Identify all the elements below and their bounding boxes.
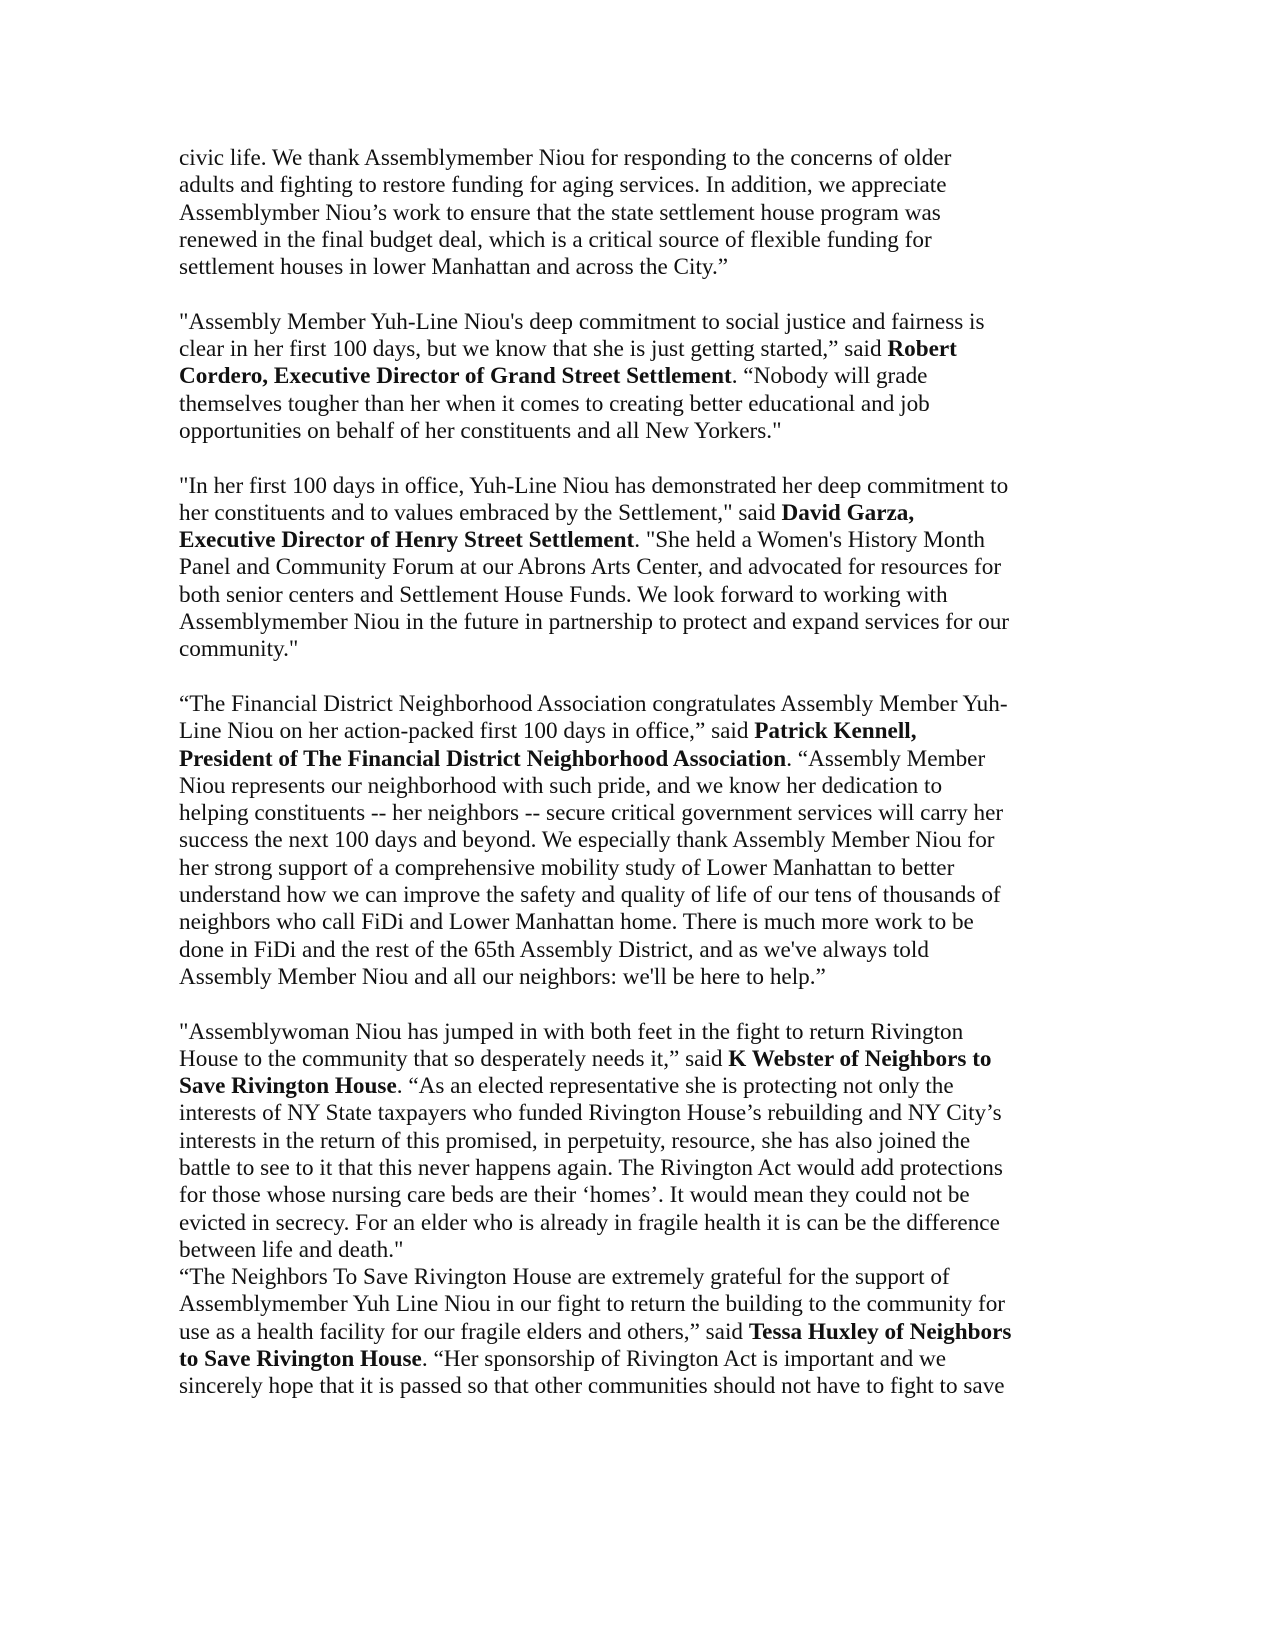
paragraph-gap	[179, 281, 1049, 308]
text-run: settlement houses in lower Manhattan and…	[179, 254, 728, 280]
bold-attribution: President of The Financial District Neig…	[179, 746, 786, 772]
text-run: "Assemblywoman Niou has jumped in with b…	[179, 1019, 963, 1045]
text-line: helping constituents -- her neighbors --…	[179, 800, 1049, 827]
text-run: use as a health facility for our fragile…	[179, 1319, 749, 1345]
text-run: adults and fighting to restore funding f…	[179, 172, 947, 198]
text-line: community."	[179, 636, 1049, 663]
text-line: done in FiDi and the rest of the 65th As…	[179, 937, 1049, 964]
text-run: renewed in the final budget deal, which …	[179, 227, 932, 253]
text-line: Assemblymember Niou in the future in par…	[179, 609, 1049, 636]
text-run: Niou represents our neighborhood with su…	[179, 773, 942, 799]
text-run: helping constituents -- her neighbors --…	[179, 800, 1003, 826]
text-run: done in FiDi and the rest of the 65th As…	[179, 937, 929, 963]
text-line: "Assemblywoman Niou has jumped in with b…	[179, 1019, 1049, 1046]
text-run: clear in her first 100 days, but we know…	[179, 336, 887, 362]
text-line: "In her first 100 days in office, Yuh-Li…	[179, 473, 1049, 500]
text-line: for those whose nursing care beds are th…	[179, 1182, 1049, 1209]
text-run: success the next 100 days and beyond. We…	[179, 827, 995, 853]
text-line: civic life. We thank Assemblymember Niou…	[179, 145, 1049, 172]
text-line: settlement houses in lower Manhattan and…	[179, 254, 1049, 281]
bold-attribution: Save Rivington House	[179, 1073, 397, 1099]
paragraph-grand-street-quote: "Assembly Member Yuh-Line Niou's deep co…	[179, 309, 1049, 445]
text-line: adults and fighting to restore funding f…	[179, 172, 1049, 199]
text-line: Save Rivington House. “As an elected rep…	[179, 1073, 1049, 1100]
text-run: for those whose nursing care beds are th…	[179, 1182, 970, 1208]
bold-attribution: Patrick Kennell,	[754, 718, 916, 744]
text-run: House to the community that so desperate…	[179, 1046, 728, 1072]
text-run: . “Assembly Member	[786, 746, 985, 772]
text-run: interests in the return of this promised…	[179, 1128, 970, 1154]
text-run: opportunities on behalf of her constitue…	[179, 418, 782, 444]
text-run: Assemblymber Niou’s work to ensure that …	[179, 200, 941, 226]
text-run: "Assembly Member Yuh-Line Niou's deep co…	[179, 309, 985, 335]
text-line: Assemblymember Yuh Line Niou in our figh…	[179, 1291, 1049, 1318]
text-line: Panel and Community Forum at our Abrons …	[179, 554, 1049, 581]
text-run: . "She held a Women's History Month	[634, 527, 985, 553]
bold-attribution: Cordero, Executive Director of Grand Str…	[179, 363, 732, 389]
text-line: Niou represents our neighborhood with su…	[179, 773, 1049, 800]
text-run: Line Niou on her action-packed first 100…	[179, 718, 754, 744]
paragraph-gap	[179, 445, 1049, 472]
text-run: civic life. We thank Assemblymember Niou…	[179, 145, 951, 171]
text-run: evicted in secrecy. For an elder who is …	[179, 1210, 1000, 1236]
text-line: use as a health facility for our fragile…	[179, 1319, 1049, 1346]
paragraph-rivington-house-quotes: "Assemblywoman Niou has jumped in with b…	[179, 1019, 1049, 1401]
text-run: “The Neighbors To Save Rivington House a…	[179, 1264, 950, 1290]
text-line: understand how we can improve the safety…	[179, 882, 1049, 909]
text-line: renewed in the final budget deal, which …	[179, 227, 1049, 254]
text-run: themselves tougher than her when it come…	[179, 391, 930, 417]
paragraph-gap	[179, 991, 1049, 1018]
text-line: Assembly Member Niou and all our neighbo…	[179, 964, 1049, 991]
text-line: Cordero, Executive Director of Grand Str…	[179, 363, 1049, 390]
text-line: battle to see to it that this never happ…	[179, 1155, 1049, 1182]
text-line: her strong support of a comprehensive mo…	[179, 855, 1049, 882]
text-line: opportunities on behalf of her constitue…	[179, 418, 1049, 445]
text-line: “The Neighbors To Save Rivington House a…	[179, 1264, 1049, 1291]
text-line: clear in her first 100 days, but we know…	[179, 336, 1049, 363]
paragraph-gap	[179, 664, 1049, 691]
text-line: her constituents and to values embraced …	[179, 500, 1049, 527]
text-run: interests of NY State taxpayers who fund…	[179, 1100, 1002, 1126]
text-line: interests in the return of this promised…	[179, 1128, 1049, 1155]
text-line: themselves tougher than her when it come…	[179, 391, 1049, 418]
bold-attribution: Tessa Huxley of Neighbors	[749, 1319, 1012, 1345]
text-run: understand how we can improve the safety…	[179, 882, 1001, 908]
bold-attribution: Executive Director of Henry Street Settl…	[179, 527, 634, 553]
text-run: her strong support of a comprehensive mo…	[179, 855, 954, 881]
text-run: Panel and Community Forum at our Abrons …	[179, 554, 1001, 580]
paragraph-fidi-association-quote: “The Financial District Neighborhood Ass…	[179, 691, 1049, 991]
text-line: evicted in secrecy. For an elder who is …	[179, 1210, 1049, 1237]
paragraph-henry-street-quote: "In her first 100 days in office, Yuh-Li…	[179, 473, 1049, 664]
text-line: success the next 100 days and beyond. We…	[179, 827, 1049, 854]
text-line: interests of NY State taxpayers who fund…	[179, 1100, 1049, 1127]
text-line: “The Financial District Neighborhood Ass…	[179, 691, 1049, 718]
text-run: neighbors who call FiDi and Lower Manhat…	[179, 909, 974, 935]
text-line: between life and death."	[179, 1237, 1049, 1264]
bold-attribution: to Save Rivington House	[179, 1346, 422, 1372]
paragraph-senior-services-quote: civic life. We thank Assemblymember Niou…	[179, 145, 1049, 281]
text-run: both senior centers and Settlement House…	[179, 582, 948, 608]
text-run: between life and death."	[179, 1237, 404, 1263]
document-page: civic life. We thank Assemblymember Niou…	[179, 145, 1049, 1401]
text-run: Assembly Member Niou and all our neighbo…	[179, 964, 826, 990]
text-run: "In her first 100 days in office, Yuh-Li…	[179, 473, 1008, 499]
text-line: neighbors who call FiDi and Lower Manhat…	[179, 909, 1049, 936]
text-line: to Save Rivington House. “Her sponsorshi…	[179, 1346, 1049, 1373]
text-line: sincerely hope that it is passed so that…	[179, 1373, 1049, 1400]
text-run: sincerely hope that it is passed so that…	[179, 1373, 1005, 1399]
bold-attribution: Robert	[887, 336, 957, 362]
text-line: "Assembly Member Yuh-Line Niou's deep co…	[179, 309, 1049, 336]
text-run: . “Her sponsorship of Rivington Act is i…	[422, 1346, 946, 1372]
bold-attribution: K Webster of Neighbors to	[728, 1046, 991, 1072]
text-line: both senior centers and Settlement House…	[179, 582, 1049, 609]
text-run: community."	[179, 636, 298, 662]
text-line: Assemblymber Niou’s work to ensure that …	[179, 200, 1049, 227]
text-line: Line Niou on her action-packed first 100…	[179, 718, 1049, 745]
text-run: her constituents and to values embraced …	[179, 500, 782, 526]
text-line: President of The Financial District Neig…	[179, 746, 1049, 773]
text-run: . “Nobody will grade	[732, 363, 928, 389]
text-line: Executive Director of Henry Street Settl…	[179, 527, 1049, 554]
text-line: House to the community that so desperate…	[179, 1046, 1049, 1073]
text-run: “The Financial District Neighborhood Ass…	[179, 691, 1008, 717]
text-run: . “As an elected representative she is p…	[397, 1073, 954, 1099]
text-run: battle to see to it that this never happ…	[179, 1155, 1003, 1181]
bold-attribution: David Garza,	[782, 500, 915, 526]
text-run: Assemblymember Yuh Line Niou in our figh…	[179, 1291, 1005, 1317]
text-run: Assemblymember Niou in the future in par…	[179, 609, 1009, 635]
